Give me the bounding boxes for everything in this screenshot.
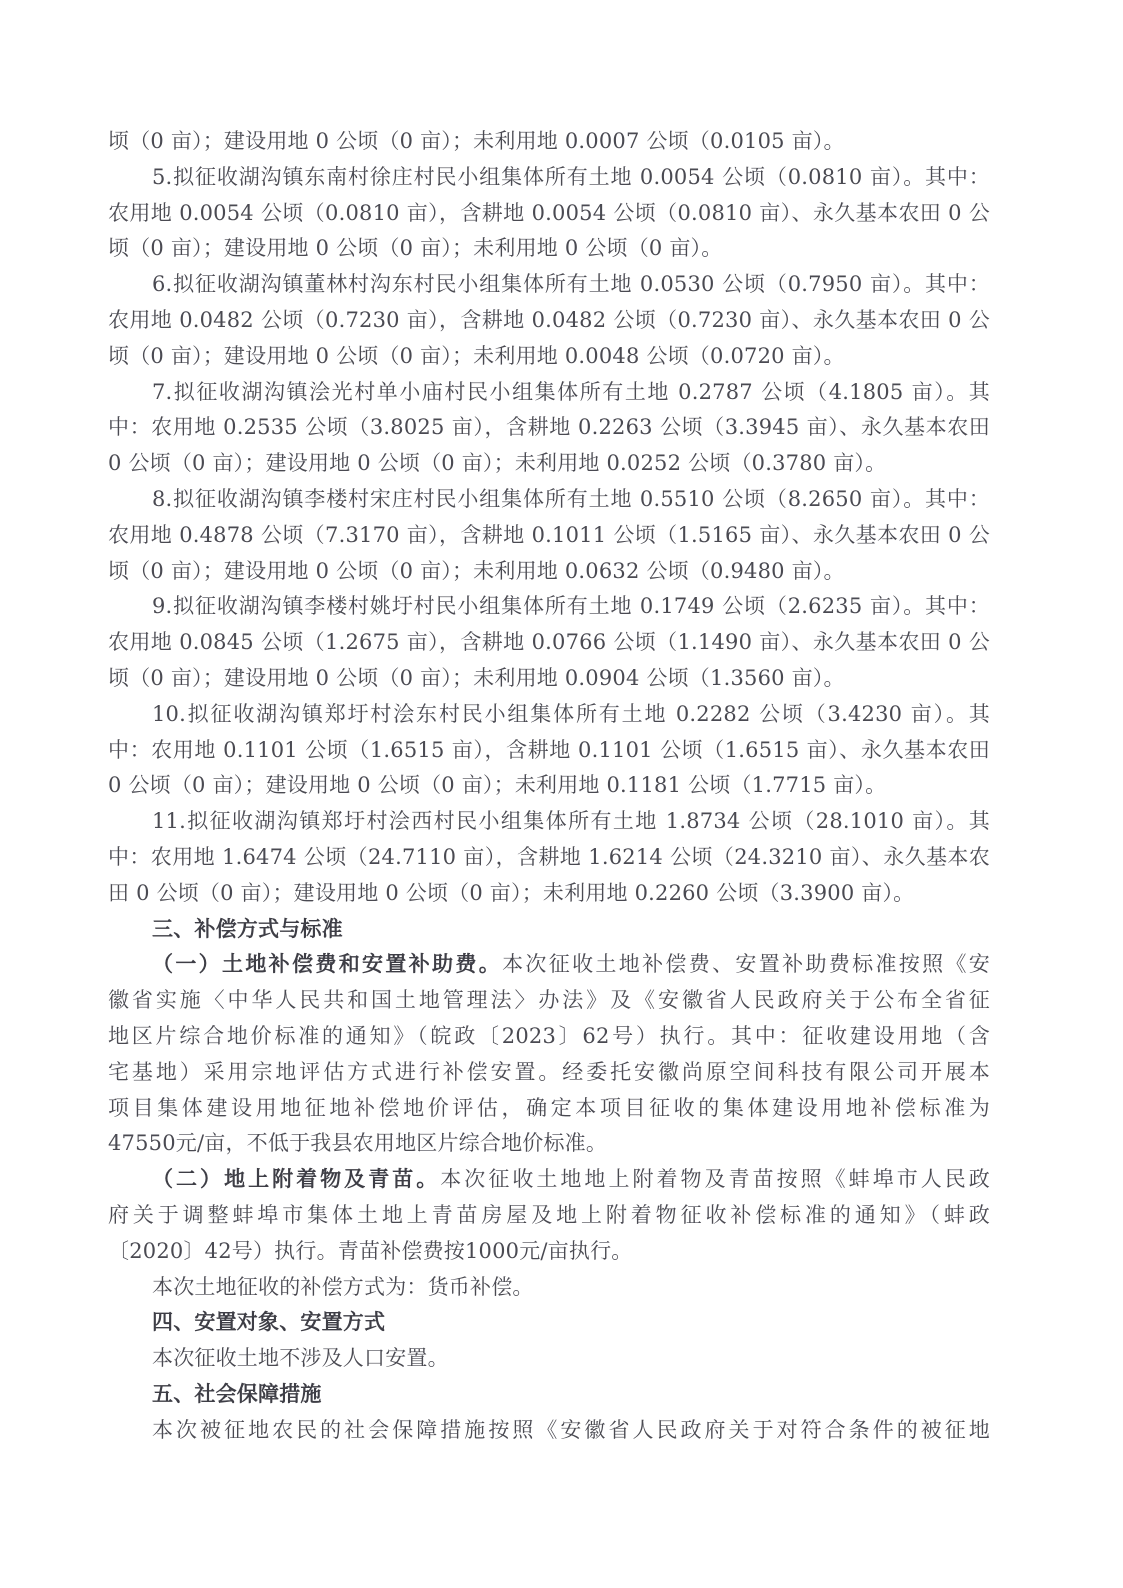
document-page: 顷（0 亩）；建设用地 0 公顷（0 亩）；未利用地 0.0007 公顷（0.0… [108,124,990,1448]
section-heading-social-security: 五、社会保障措施 [108,1377,990,1413]
parcel-line: 农用地 0.0054 公顷（0.0810 亩），含耕地 0.0054 公顷（0.… [108,196,990,232]
parcel-line: 顷（0 亩）；建设用地 0 公顷（0 亩）；未利用地 0.0048 公顷（0.0… [108,339,990,375]
parcel-line: 农用地 0.4878 公顷（7.3170 亩），含耕地 0.1011 公顷（1.… [108,518,990,554]
parcel-line: 顷（0 亩）；建设用地 0 公顷（0 亩）；未利用地 0.0904 公顷（1.3… [108,661,990,697]
paragraph-line: 宅基地）采用宗地评估方式进行补偿安置。经委托安徽尚原空间科技有限公司开展本 [108,1055,990,1091]
parcel-item-7: 7.拟征收湖沟镇浍光村单小庙村民小组集体所有土地 0.2787 公顷（4.180… [108,375,990,482]
parcel-line: 7.拟征收湖沟镇浍光村单小庙村民小组集体所有土地 0.2787 公顷（4.180… [108,375,990,411]
section-heading-compensation: 三、补偿方式与标准 [108,912,990,948]
parcel-line: 10.拟征收湖沟镇郑圩村浍东村民小组集体所有土地 0.2282 公顷（3.423… [108,697,990,733]
parcel-line: 中：农用地 0.2535 公顷（3.8025 亩），含耕地 0.2263 公顷（… [108,410,990,446]
subsection-lead: （一）土地补偿费和安置补助费。 [152,952,502,976]
paragraph-line: 地区片综合地价标准的通知》（皖政〔2023〕62号）执行。其中：征收建设用地（含 [108,1019,990,1055]
section-heading-resettlement: 四、安置对象、安置方式 [108,1305,990,1341]
parcel-line: 中：农用地 0.1101 公顷（1.6515 亩），含耕地 0.1101 公顷（… [108,733,990,769]
subsection-lead: （二）地上附着物及青苗。 [152,1167,440,1191]
paragraph-text: 本次征收土地地上附着物及青苗按照《蚌埠市人民政 [440,1167,990,1191]
parcel-item-9: 9.拟征收湖沟镇李楼村姚圩村民小组集体所有土地 0.1749 公顷（2.6235… [108,589,990,696]
paragraph-text: 本次征收土地补偿费、安置补助费标准按照《安 [502,952,990,976]
parcel-line: 顷（0 亩）；建设用地 0 公顷（0 亩）；未利用地 0 公顷（0 亩）。 [108,231,990,267]
parcel-item-8: 8.拟征收湖沟镇李楼村宋庄村民小组集体所有土地 0.5510 公顷（8.2650… [108,482,990,589]
parcel-item-6: 6.拟征收湖沟镇董林村沟东村民小组集体所有土地 0.0530 公顷（0.7950… [108,267,990,374]
parcel-line: 11.拟征收湖沟镇郑圩村浍西村民小组集体所有土地 1.8734 公顷（28.10… [108,804,990,840]
parcel-item-5: 5.拟征收湖沟镇东南村徐庄村民小组集体所有土地 0.0054 公顷（0.0810… [108,160,990,267]
parcel-line: 0 公顷（0 亩）；建设用地 0 公顷（0 亩）；未利用地 0.1181 公顷（… [108,768,990,804]
parcel-line: 9.拟征收湖沟镇李楼村姚圩村民小组集体所有土地 0.1749 公顷（2.6235… [108,589,990,625]
social-security-text: 本次被征地农民的社会保障措施按照《安徽省人民政府关于对符合条件的被征地 [108,1413,990,1449]
paragraph-line: 府关于调整蚌埠市集体土地上青苗房屋及地上附着物征收补偿标准的通知》（蚌政 [108,1198,990,1234]
resettlement-text: 本次征收土地不涉及人口安置。 [108,1341,990,1377]
continuation-line: 顷（0 亩）；建设用地 0 公顷（0 亩）；未利用地 0.0007 公顷（0.0… [108,124,990,160]
parcel-line: 农用地 0.0845 公顷（1.2675 亩），含耕地 0.0766 公顷（1.… [108,625,990,661]
parcel-item-10: 10.拟征收湖沟镇郑圩村浍东村民小组集体所有土地 0.2282 公顷（3.423… [108,697,990,804]
parcel-line: 顷（0 亩）；建设用地 0 公顷（0 亩）；未利用地 0.0632 公顷（0.9… [108,554,990,590]
parcel-line: 农用地 0.0482 公顷（0.7230 亩），含耕地 0.0482 公顷（0.… [108,303,990,339]
parcel-line: 中：农用地 1.6474 公顷（24.7110 亩），含耕地 1.6214 公顷… [108,840,990,876]
parcel-line: 0 公顷（0 亩）；建设用地 0 公顷（0 亩）；未利用地 0.0252 公顷（… [108,446,990,482]
paragraph-line: 〔2020〕42号）执行。青苗补偿费按1000元/亩执行。 [108,1234,990,1270]
paragraph-line: 徽省实施〈中华人民共和国土地管理法〉办法》及《安徽省人民政府关于公布全省征 [108,983,990,1019]
paragraph-first-line: （一）土地补偿费和安置补助费。本次征收土地补偿费、安置补助费标准按照《安 [108,947,990,983]
paragraph-line: 项目集体建设用地征地补偿地价评估，确定本项目征收的集体建设用地补偿标准为 [108,1091,990,1127]
compensation-method: 本次土地征收的补偿方式为：货币补偿。 [108,1270,990,1306]
parcel-line: 5.拟征收湖沟镇东南村徐庄村民小组集体所有土地 0.0054 公顷（0.0810… [108,160,990,196]
subsection-attachments-crops: （二）地上附着物及青苗。本次征收土地地上附着物及青苗按照《蚌埠市人民政 府关于调… [108,1162,990,1269]
parcel-item-11: 11.拟征收湖沟镇郑圩村浍西村民小组集体所有土地 1.8734 公顷（28.10… [108,804,990,911]
parcel-line: 田 0 公顷（0 亩）；建设用地 0 公顷（0 亩）；未利用地 0.2260 公… [108,876,990,912]
paragraph-line: 47550元/亩，不低于我县农用地区片综合地价标准。 [108,1126,990,1162]
parcel-line: 6.拟征收湖沟镇董林村沟东村民小组集体所有土地 0.0530 公顷（0.7950… [108,267,990,303]
parcel-line: 8.拟征收湖沟镇李楼村宋庄村民小组集体所有土地 0.5510 公顷（8.2650… [108,482,990,518]
subsection-land-compensation: （一）土地补偿费和安置补助费。本次征收土地补偿费、安置补助费标准按照《安 徽省实… [108,947,990,1162]
paragraph-first-line: （二）地上附着物及青苗。本次征收土地地上附着物及青苗按照《蚌埠市人民政 [108,1162,990,1198]
